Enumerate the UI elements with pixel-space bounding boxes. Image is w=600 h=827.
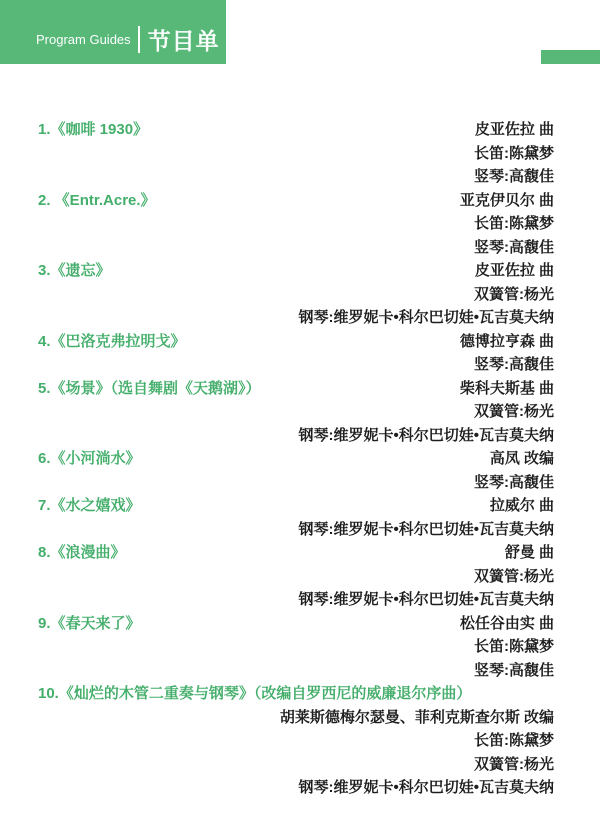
item-title-text: 《春天来了》 [51,615,141,632]
credit-line: 竖琴:高馥佳 [474,471,554,495]
item-number: 6. [38,450,51,467]
program-item: 7.《水之嬉戏》拉威尔 曲钢琴:维罗妮卡•科尔巴切娃•瓦吉莫夫纳 [38,494,554,541]
credit-row: 钢琴:维罗妮卡•科尔巴切娃•瓦吉莫夫纳 [38,518,554,542]
program-list: 1.《咖啡 1930》皮亚佐拉 曲长笛:陈黛梦竖琴:高馥佳2. 《Entr.Ac… [0,118,600,800]
credit-line: 长笛:陈黛梦 [474,729,554,753]
credit-row: 竖琴:高馥佳 [38,353,554,377]
program-item-title-row: 8.《浪漫曲》舒曼 曲 [38,541,554,565]
item-number: 1. [38,121,51,138]
credit-line: 亚克伊贝尔 曲 [460,189,554,213]
program-item: 9.《春天来了》松任谷由实 曲长笛:陈黛梦竖琴:高馥佳 [38,612,554,683]
credit-line: 双簧管:杨光 [474,753,554,777]
item-number: 4. [38,333,51,350]
item-title-text: 《小河淌水》 [51,450,141,467]
credit-line: 拉威尔 曲 [490,494,554,518]
item-title-text: 《场景》（选自舞剧《天鹅湖》） [51,380,261,397]
program-item-title-row: 6.《小河淌水》高凤 改编 [38,447,554,471]
item-number: 10. [38,685,59,702]
item-title: 1.《咖啡 1930》 [38,118,148,142]
credit-line: 钢琴:维罗妮卡•科尔巴切娃•瓦吉莫夫纳 [299,588,555,612]
credit-line: 双簧管:杨光 [474,565,554,589]
program-item-title-row: 3.《遗忘》皮亚佐拉 曲 [38,259,554,283]
credit-line: 胡莱斯德梅尔瑟曼、菲利克斯查尔斯 改编 [280,706,554,730]
credit-row: 竖琴:高馥佳 [38,471,554,495]
credit-row: 双簧管:杨光 [38,283,554,307]
right-edge-accent-bar [541,50,600,64]
item-title-text: 《遗忘》 [51,262,111,279]
program-item-title-row: 7.《水之嬉戏》拉威尔 曲 [38,494,554,518]
credit-line: 松任谷由实 曲 [460,612,554,636]
item-title-text: 《水之嬉戏》 [51,497,141,514]
item-number: 8. [38,544,51,561]
credit-line: 舒曼 曲 [505,541,554,565]
program-item-title-row: 9.《春天来了》松任谷由实 曲 [38,612,554,636]
credit-row: 竖琴:高馥佳 [38,236,554,260]
program-item-title-row: 10.《灿烂的木管二重奏与钢琴》（改编自罗西尼的威廉退尔序曲） [38,682,554,706]
program-item: 3.《遗忘》皮亚佐拉 曲双簧管:杨光钢琴:维罗妮卡•科尔巴切娃•瓦吉莫夫纳 [38,259,554,330]
credit-row: 钢琴:维罗妮卡•科尔巴切娃•瓦吉莫夫纳 [38,588,554,612]
credit-row: 竖琴:高馥佳 [38,165,554,189]
item-title: 3.《遗忘》 [38,259,111,283]
credit-line: 钢琴:维罗妮卡•科尔巴切娃•瓦吉莫夫纳 [299,306,555,330]
credit-line: 长笛:陈黛梦 [474,142,554,166]
credit-row: 双簧管:杨光 [38,565,554,589]
credit-line: 高凤 改编 [490,447,554,471]
item-title: 6.《小河淌水》 [38,447,141,471]
program-item-title-row: 2. 《Entr.Acre.》亚克伊贝尔 曲 [38,189,554,213]
program-item-title-row: 5.《场景》（选自舞剧《天鹅湖》）柴科夫斯基 曲 [38,377,554,401]
credit-line: 德博拉亨森 曲 [460,330,554,354]
credit-line: 长笛:陈黛梦 [474,212,554,236]
program-item: 4.《巴洛克弗拉明戈》德博拉亨森 曲竖琴:高馥佳 [38,330,554,377]
item-title-text: 《浪漫曲》 [51,544,126,561]
item-title-text: 《巴洛克弗拉明戈》 [51,333,186,350]
item-title: 9.《春天来了》 [38,612,141,636]
credit-line: 双簧管:杨光 [474,400,554,424]
program-item: 8.《浪漫曲》舒曼 曲双簧管:杨光钢琴:维罗妮卡•科尔巴切娃•瓦吉莫夫纳 [38,541,554,612]
item-title: 10.《灿烂的木管二重奏与钢琴》（改编自罗西尼的威廉退尔序曲） [38,682,471,706]
header-banner: Program Guides 节目单 [0,0,226,64]
program-item-title-row: 4.《巴洛克弗拉明戈》德博拉亨森 曲 [38,330,554,354]
banner-english-label: Program Guides [36,32,131,47]
program-item-title-row: 1.《咖啡 1930》皮亚佐拉 曲 [38,118,554,142]
program-item: 6.《小河淌水》高凤 改编竖琴:高馥佳 [38,447,554,494]
credit-line: 钢琴:维罗妮卡•科尔巴切娃•瓦吉莫夫纳 [299,776,555,800]
credit-line: 竖琴:高馥佳 [474,659,554,683]
item-title: 4.《巴洛克弗拉明戈》 [38,330,186,354]
credit-row: 竖琴:高馥佳 [38,659,554,683]
item-title-text: 《Entr.Acre.》 [51,192,156,209]
program-guide-page: Program Guides 节目单 1.《咖啡 1930》皮亚佐拉 曲长笛:陈… [0,0,600,827]
item-title: 5.《场景》（选自舞剧《天鹅湖》） [38,377,261,401]
program-item: 2. 《Entr.Acre.》亚克伊贝尔 曲长笛:陈黛梦竖琴:高馥佳 [38,189,554,260]
credit-line: 皮亚佐拉 曲 [475,259,554,283]
credit-row: 双簧管:杨光 [38,400,554,424]
program-item: 1.《咖啡 1930》皮亚佐拉 曲长笛:陈黛梦竖琴:高馥佳 [38,118,554,189]
credit-row: 双簧管:杨光 [38,753,554,777]
item-number: 3. [38,262,51,279]
item-number: 7. [38,497,51,514]
credit-row: 胡莱斯德梅尔瑟曼、菲利克斯查尔斯 改编 [38,706,554,730]
banner-divider [138,26,140,53]
item-title: 2. 《Entr.Acre.》 [38,189,156,213]
credit-line: 竖琴:高馥佳 [474,236,554,260]
credit-line: 皮亚佐拉 曲 [475,118,554,142]
item-number: 5. [38,380,51,397]
item-title: 7.《水之嬉戏》 [38,494,141,518]
credit-line: 柴科夫斯基 曲 [460,377,554,401]
credit-line: 竖琴:高馥佳 [474,353,554,377]
credit-line: 钢琴:维罗妮卡•科尔巴切娃•瓦吉莫夫纳 [299,518,555,542]
program-item: 10.《灿烂的木管二重奏与钢琴》（改编自罗西尼的威廉退尔序曲）胡莱斯德梅尔瑟曼、… [38,682,554,800]
item-title-text: 《灿烂的木管二重奏与钢琴》（改编自罗西尼的威廉退尔序曲） [59,685,472,702]
credit-line: 长笛:陈黛梦 [474,635,554,659]
banner-chinese-title: 节目单 [148,23,220,56]
credit-line: 竖琴:高馥佳 [474,165,554,189]
item-title: 8.《浪漫曲》 [38,541,126,565]
credit-row: 钢琴:维罗妮卡•科尔巴切娃•瓦吉莫夫纳 [38,776,554,800]
credit-row: 长笛:陈黛梦 [38,635,554,659]
program-item: 5.《场景》（选自舞剧《天鹅湖》）柴科夫斯基 曲双簧管:杨光钢琴:维罗妮卡•科尔… [38,377,554,448]
item-number: 9. [38,615,51,632]
credit-line: 钢琴:维罗妮卡•科尔巴切娃•瓦吉莫夫纳 [299,424,555,448]
item-number: 2. [38,192,51,209]
credit-row: 长笛:陈黛梦 [38,142,554,166]
credit-row: 长笛:陈黛梦 [38,212,554,236]
credit-row: 钢琴:维罗妮卡•科尔巴切娃•瓦吉莫夫纳 [38,306,554,330]
credit-row: 钢琴:维罗妮卡•科尔巴切娃•瓦吉莫夫纳 [38,424,554,448]
item-title-text: 《咖啡 1930》 [51,121,149,138]
credit-line: 双簧管:杨光 [474,283,554,307]
credit-row: 长笛:陈黛梦 [38,729,554,753]
